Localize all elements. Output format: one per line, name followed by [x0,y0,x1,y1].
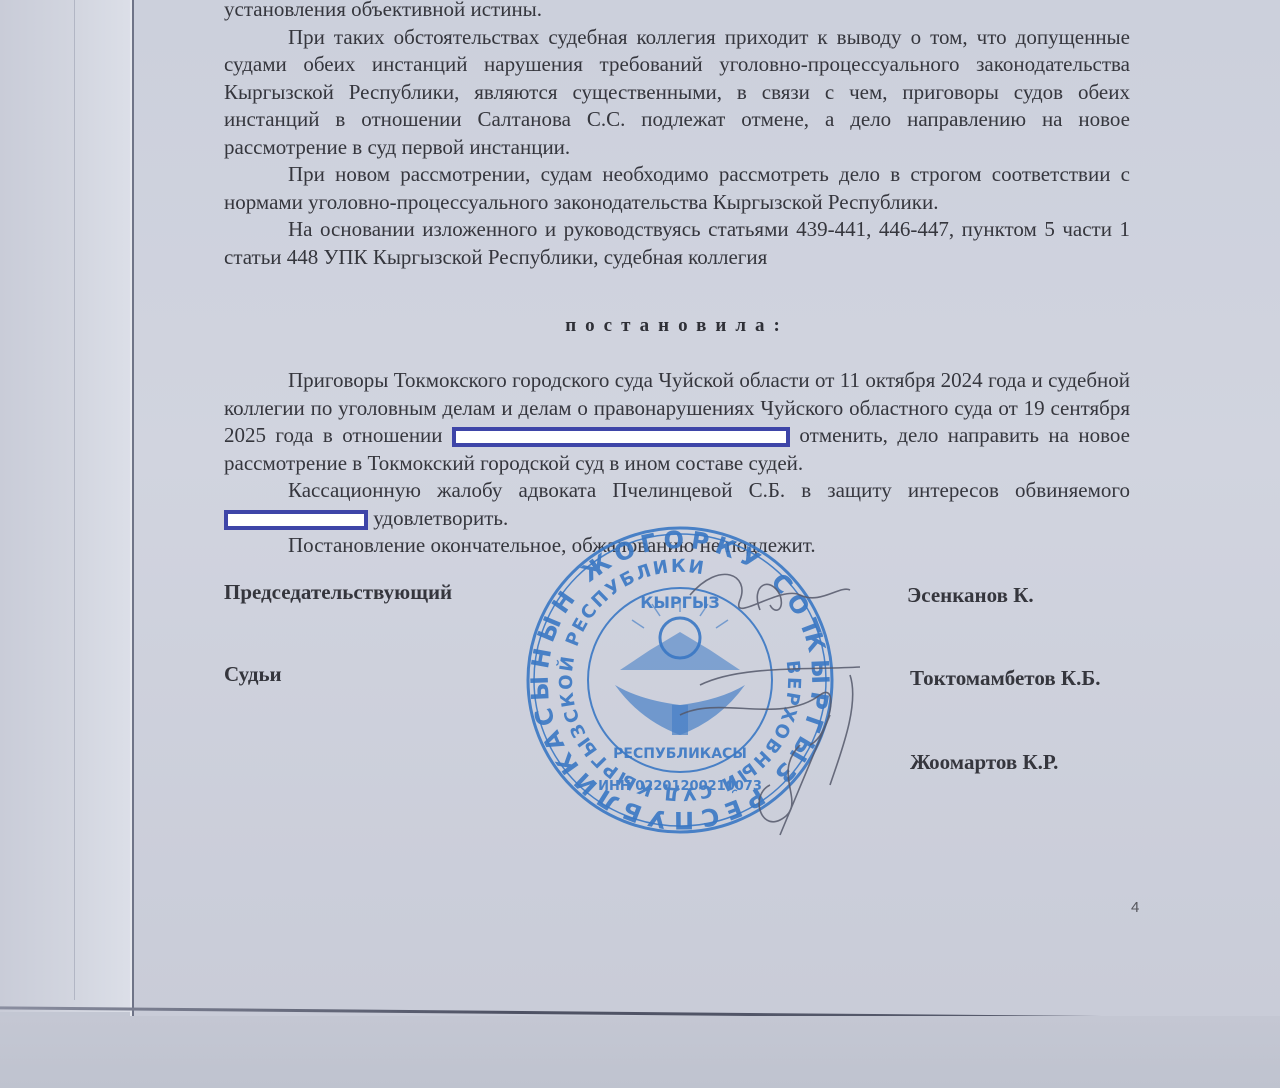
paragraph: На основании изложенного и руководствуяс… [224,216,1130,271]
paragraph: При таких обстоятельствах судебная колле… [224,24,1130,162]
handwritten-signature-icon [660,555,890,845]
judges-label: Судьи [224,662,282,687]
page-number: 4 [1131,899,1139,916]
presiding-label: Председательствующий [224,580,452,605]
presiding-name: Эсенканов К. [907,583,1034,608]
ruling-text-part: Кассационную жалобу адвоката Пчелинцевой… [288,478,1130,502]
redaction-box [224,510,368,530]
paragraph: При новом рассмотрении, судам необходимо… [224,161,1130,216]
ruling-text-part: удовлетворить. [368,506,508,530]
body-text: установления объективной истины. При так… [224,0,1130,271]
ruling-heading: постановила: [224,315,1130,337]
ruling-paragraph: Приговоры Токмокского городского суда Чу… [224,367,1130,477]
judge-name: Токтомамбетов К.Б. [910,666,1101,691]
paragraph: установления объективной истины. [224,0,1130,24]
judge-name: Жоомартов К.Р. [910,750,1058,775]
underlying-sheet [0,0,132,1012]
redaction-box [452,427,790,447]
fold-crease [74,0,75,1000]
background-sheet [0,1016,1280,1088]
